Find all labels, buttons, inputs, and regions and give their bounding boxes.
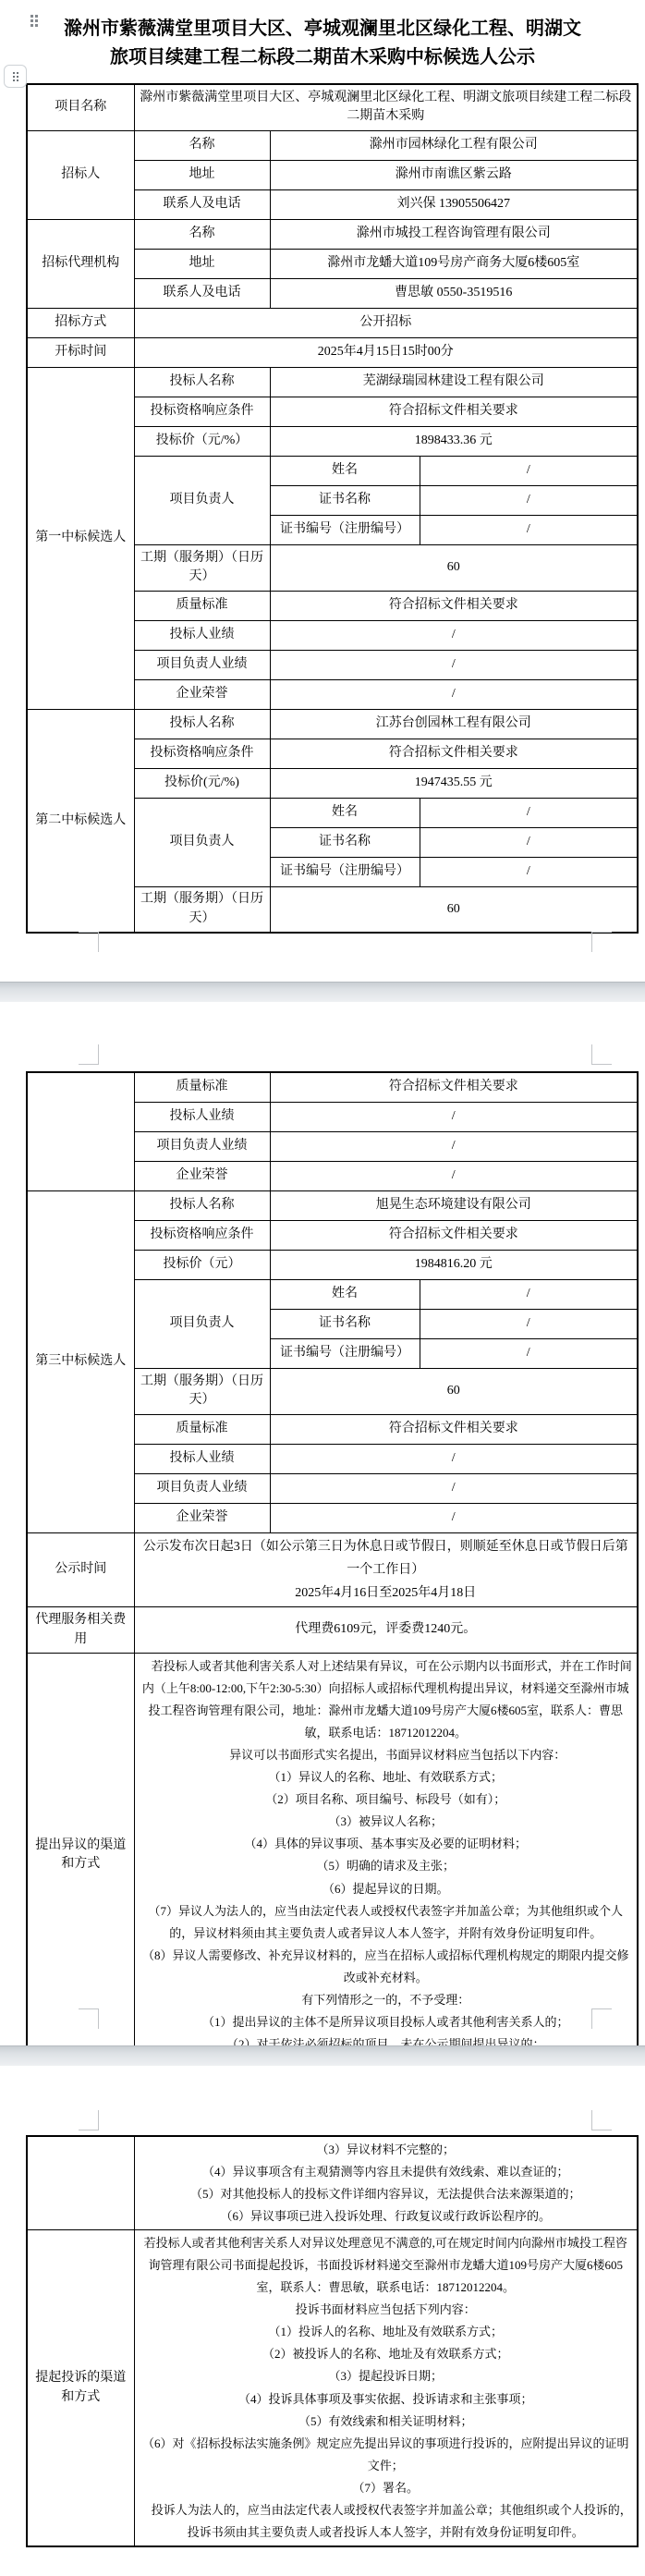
row-label-method: 招标方式 xyxy=(27,308,134,337)
value-candidate-2-pm-perf: / xyxy=(270,1131,638,1161)
row-label-candidate-2: 第二中标候选人 xyxy=(27,709,134,933)
value-candidate-3-name: 旭晃生态环境建设有限公司 xyxy=(270,1190,638,1220)
value-open-time: 2025年4月15日15时00分 xyxy=(134,337,638,367)
publicity-line-1: 公示发布次日起3日（如公示第三日为休息日或节假日，则顺延至休息日或节假日后第一个… xyxy=(140,1535,633,1581)
value-candidate-2-bidder-perf: / xyxy=(270,1102,638,1131)
field-label-quality: 质量标准 xyxy=(134,1414,270,1444)
value-candidate-3-cert-no: / xyxy=(420,1338,638,1368)
field-label-name: 名称 xyxy=(134,130,270,160)
page-margin-mark xyxy=(79,932,99,952)
value-candidate-3-honor: / xyxy=(270,1503,638,1532)
value-agency-address: 滁州市龙蟠大道109号房产商务大厦6楼605室 xyxy=(270,249,638,278)
page-margin-mark xyxy=(591,2008,612,2029)
field-label-qualification: 投标资格响应条件 xyxy=(134,397,270,426)
value-candidate-1-bidder-perf: / xyxy=(270,620,638,650)
field-label-cert-name: 证书名称 xyxy=(270,485,420,515)
objection-paragraph: 若投标人或者其他利害关系人对上述结果有异议，可在公示期内以书面形式，并在工作时间… xyxy=(140,1655,633,1744)
objection-paragraph: （6）异议事项已进入投诉处理、行政复议或行政诉讼程序的。 xyxy=(140,2205,633,2228)
field-label-name: 名称 xyxy=(134,219,270,249)
row-label-agency: 招标代理机构 xyxy=(27,219,134,308)
value-candidate-1-pm-name: / xyxy=(420,456,638,485)
field-label-address: 地址 xyxy=(134,160,270,189)
value-agency-fee: 代理费6109元，评委费1240元。 xyxy=(134,1607,638,1654)
field-label-duration: 工期（服务期）（日历天） xyxy=(134,886,270,933)
complaint-paragraph: （6）对《招标投标法实施条例》规定应先提出异议的事项进行投诉的，应附提出异议的证… xyxy=(140,2433,633,2477)
value-candidate-3-qualification: 符合招标文件相关要求 xyxy=(270,1220,638,1250)
value-tenderer-name: 滁州市园林绿化工程有限公司 xyxy=(270,130,638,160)
complaint-paragraph: （3）提起投诉日期； xyxy=(140,2365,633,2387)
value-publicity-time: 公示发布次日起3日（如公示第三日为休息日或节假日，则顺延至休息日或节假日后第一个… xyxy=(134,1532,638,1607)
field-label-honor: 企业荣誉 xyxy=(134,1503,270,1532)
complaint-paragraph: （1）投诉人的名称、地址及有效联系方式； xyxy=(140,2321,633,2343)
page-2: 质量标准 符合招标文件相关要求 投标人业绩 / 项目负责人业绩 / 企业荣誉 /… xyxy=(0,1002,645,2045)
field-label-pm-name: 姓名 xyxy=(270,1279,420,1309)
field-label-pm-perf: 项目负责人业绩 xyxy=(134,1131,270,1161)
row-label-agency-fee: 代理服务相关费用 xyxy=(27,1607,134,1654)
document-title: 滁州市紫薇满堂里项目大区、亭城观澜里北区绿化工程、明湖文旅项目续建工程二标段二期… xyxy=(59,15,586,72)
objection-paragraph: （3）异议材料不完整的； xyxy=(140,2139,633,2161)
field-label-bidder-name: 投标人名称 xyxy=(134,1190,270,1220)
field-label-contact: 联系人及电话 xyxy=(134,189,270,219)
complaint-paragraph: （5）有效线索和相关证明材料； xyxy=(140,2411,633,2433)
row-label-tenderer: 招标人 xyxy=(27,130,134,219)
field-label-cert-name: 证书名称 xyxy=(270,1309,420,1338)
page-margin-mark xyxy=(79,1044,99,1065)
value-candidate-3-pm-name: / xyxy=(420,1279,638,1309)
field-label-quality: 质量标准 xyxy=(134,1072,270,1102)
value-candidate-1-duration: 60 xyxy=(270,544,638,591)
complaint-paragraph: 投诉书面材料应当包括下列内容： xyxy=(140,2299,633,2321)
value-candidate-2-price: 1947435.55 元 xyxy=(270,768,638,798)
field-label-pm: 项目负责人 xyxy=(134,1279,270,1368)
objection-paragraph: 异议可以书面形式实名提出，书面异议材料应当包括以下内容： xyxy=(140,1744,633,1766)
value-candidate-2-pm-name: / xyxy=(420,798,638,827)
field-label-cert-name: 证书名称 xyxy=(270,827,420,857)
row-label-open-time: 开标时间 xyxy=(27,337,134,367)
value-candidate-3-price: 1984816.20 元 xyxy=(270,1250,638,1279)
row-label-candidate-1: 第一中标候选人 xyxy=(27,367,134,709)
row-label-objection-continued xyxy=(27,2136,134,2230)
field-label-cert-no: 证书编号（注册编号） xyxy=(270,515,420,544)
value-project-name: 滁州市紫薇满堂里项目大区、亭城观澜里北区绿化工程、明湖文旅项目续建工程二标段二期… xyxy=(134,84,638,130)
field-label-duration: 工期（服务期）（日历天） xyxy=(134,1368,270,1414)
field-label-duration: 工期（服务期）（日历天） xyxy=(134,544,270,591)
publicity-line-2: 2025年4月16日至2025年4月18日 xyxy=(140,1581,633,1605)
field-label-qualification: 投标资格响应条件 xyxy=(134,1220,270,1250)
objection-paragraph: （1）异议人的名称、地址、有效联系方式； xyxy=(140,1766,633,1789)
announcement-table-page2: 质量标准 符合招标文件相关要求 投标人业绩 / 项目负责人业绩 / 企业荣誉 /… xyxy=(26,1071,639,2045)
value-candidate-3-cert-name: / xyxy=(420,1309,638,1338)
value-candidate-1-cert-name: / xyxy=(420,485,638,515)
objection-paragraph: （7）异议人为法人的，应当由法定代表人或授权代表签字并加盖公章；为其他组织或个人… xyxy=(140,1900,633,1945)
row-label-publicity-time: 公示时间 xyxy=(27,1532,134,1607)
field-label-contact: 联系人及电话 xyxy=(134,278,270,308)
page-margin-mark xyxy=(591,932,612,952)
complaint-paragraph: 若投标人或者其他利害关系人对异议处理意见不满意的,可在规定时间内向滁州市城投工程… xyxy=(140,2232,633,2299)
value-agency-name: 滁州市城投工程咨询管理有限公司 xyxy=(270,219,638,249)
block-drag-handle-button[interactable] xyxy=(4,65,27,88)
value-method: 公开招标 xyxy=(134,308,638,337)
six-dot-grid-icon xyxy=(13,72,18,81)
value-candidate-1-qualification: 符合招标文件相关要求 xyxy=(270,397,638,426)
value-candidate-3-quality: 符合招标文件相关要求 xyxy=(270,1414,638,1444)
field-label-price: 投标价（元/%） xyxy=(134,426,270,456)
row-label-complaint: 提起投诉的渠道和方式 xyxy=(27,2230,134,2546)
value-candidate-1-quality: 符合招标文件相关要求 xyxy=(270,591,638,620)
page-margin-mark xyxy=(79,2008,99,2029)
value-tenderer-contact: 刘兴保 13905506427 xyxy=(270,189,638,219)
value-candidate-3-bidder-perf: / xyxy=(270,1444,638,1473)
page-gap xyxy=(0,982,645,1002)
objection-paragraph: 有下列情形之一的，不予受理： xyxy=(140,1989,633,2011)
value-agency-contact: 曹思敏 0550-3519516 xyxy=(270,278,638,308)
value-candidate-2-duration: 60 xyxy=(270,886,638,933)
page-margin-mark xyxy=(591,2110,612,2130)
field-label-pm: 项目负责人 xyxy=(134,798,270,886)
page-3: （3）异议材料不完整的； （4）异议事项含有主观猜测等内容且未提供有效线索、难以… xyxy=(0,2066,645,2576)
field-label-bidder-perf: 投标人业绩 xyxy=(134,1102,270,1131)
drag-handle-icon[interactable] xyxy=(30,15,38,27)
value-candidate-2-cert-name: / xyxy=(420,827,638,857)
complaint-paragraph: 投诉人为法人的，应当由法定代表人或授权代表签字并加盖公章；其他组织或个人投诉的，… xyxy=(140,2499,633,2544)
value-complaint-text: 若投标人或者其他利害关系人对异议处理意见不满意的,可在规定时间内向滁州市城投工程… xyxy=(134,2230,638,2546)
complaint-paragraph: （2）被投诉人的名称、地址及有效联系方式； xyxy=(140,2343,633,2365)
value-candidate-2-quality: 符合招标文件相关要求 xyxy=(270,1072,638,1102)
field-label-address: 地址 xyxy=(134,249,270,278)
row-label-objection: 提出异议的渠道和方式 xyxy=(27,1654,134,2045)
row-label-candidate-3: 第三中标候选人 xyxy=(27,1190,134,1532)
page-gap xyxy=(0,2045,645,2066)
field-label-honor: 企业荣誉 xyxy=(134,1161,270,1190)
value-candidate-2-cert-no: / xyxy=(420,857,638,886)
value-candidate-3-duration: 60 xyxy=(270,1368,638,1414)
field-label-cert-no: 证书编号（注册编号） xyxy=(270,1338,420,1368)
value-candidate-1-name: 芜湖绿瑞园林建设工程有限公司 xyxy=(270,367,638,397)
value-candidate-1-price: 1898433.36 元 xyxy=(270,426,638,456)
complaint-paragraph: （7）署名。 xyxy=(140,2477,633,2499)
field-label-pm-perf: 项目负责人业绩 xyxy=(134,650,270,679)
field-label-pm-perf: 项目负责人业绩 xyxy=(134,1473,270,1503)
field-label-bidder-perf: 投标人业绩 xyxy=(134,1444,270,1473)
value-candidate-2-qualification: 符合招标文件相关要求 xyxy=(270,739,638,768)
value-candidate-1-cert-no: / xyxy=(420,515,638,544)
field-label-pm-name: 姓名 xyxy=(270,798,420,827)
objection-paragraph: （5）明确的请求及主张； xyxy=(140,1855,633,1877)
value-candidate-1-honor: / xyxy=(270,679,638,709)
value-candidate-3-pm-perf: / xyxy=(270,1473,638,1503)
value-candidate-2-honor: / xyxy=(270,1161,638,1190)
value-candidate-2-name: 江苏台创园林工程有限公司 xyxy=(270,709,638,739)
complaint-paragraph: （4）投诉具体事项及事实依据、投诉请求和主张事项； xyxy=(140,2388,633,2411)
field-label-cert-no: 证书编号（注册编号） xyxy=(270,857,420,886)
objection-paragraph: （1）提出异议的主体不是所异议项目投标人或者其他利害关系人的； xyxy=(140,2011,633,2033)
value-tenderer-address: 滁州市南谯区紫云路 xyxy=(270,160,638,189)
field-label-bidder-name: 投标人名称 xyxy=(134,709,270,739)
objection-paragraph: （2）项目名称、项目编号、标段号（如有）； xyxy=(140,1789,633,1811)
row-label-project-name: 项目名称 xyxy=(27,84,134,130)
objection-paragraph: （4）异议事项含有主观猜测等内容且未提供有效线索、难以查证的； xyxy=(140,2161,633,2183)
field-label-quality: 质量标准 xyxy=(134,591,270,620)
objection-paragraph: （6）提起异议的日期。 xyxy=(140,1878,633,1900)
value-objection-text-continued: （3）异议材料不完整的； （4）异议事项含有主观猜测等内容且未提供有效线索、难以… xyxy=(134,2136,638,2230)
field-label-price: 投标价（元） xyxy=(134,1250,270,1279)
page-margin-mark xyxy=(591,1044,612,1065)
row-label-candidate-2-continued xyxy=(27,1072,134,1190)
field-label-pm-name: 姓名 xyxy=(270,456,420,485)
objection-paragraph: （4）具体的异议事项、基本事实及必要的证明材料； xyxy=(140,1833,633,1855)
field-label-bidder-name: 投标人名称 xyxy=(134,367,270,397)
objection-paragraph: （3）被异议人名称； xyxy=(140,1811,633,1833)
field-label-price: 投标价(元/%) xyxy=(134,768,270,798)
announcement-table-page3: （3）异议材料不完整的； （4）异议事项含有主观猜测等内容且未提供有效线索、难以… xyxy=(26,2135,639,2547)
field-label-bidder-perf: 投标人业绩 xyxy=(134,620,270,650)
objection-paragraph: （2）对于依法必须招标的项目，未在公示期间提出异议的； xyxy=(140,2033,633,2045)
field-label-pm: 项目负责人 xyxy=(134,456,270,544)
field-label-honor: 企业荣誉 xyxy=(134,679,270,709)
page-1: 滁州市紫薇满堂里项目大区、亭城观澜里北区绿化工程、明湖文旅项目续建工程二标段二期… xyxy=(0,0,645,982)
value-objection-text: 若投标人或者其他利害关系人对上述结果有异议，可在公示期内以书面形式，并在工作时间… xyxy=(134,1654,638,2045)
value-candidate-1-pm-perf: / xyxy=(270,650,638,679)
page-margin-mark xyxy=(79,2110,99,2130)
objection-paragraph: （8）异议人需要修改、补充异议材料的，应当在招标人或招标代理机构规定的期限内提交… xyxy=(140,1945,633,1989)
field-label-qualification: 投标资格响应条件 xyxy=(134,739,270,768)
objection-paragraph: （5）对其他投标人的投标文件详细内容异议，无法提供合法来源渠道的； xyxy=(140,2183,633,2205)
announcement-table-page1: 项目名称 滁州市紫薇满堂里项目大区、亭城观澜里北区绿化工程、明湖文旅项目续建工程… xyxy=(26,83,639,934)
